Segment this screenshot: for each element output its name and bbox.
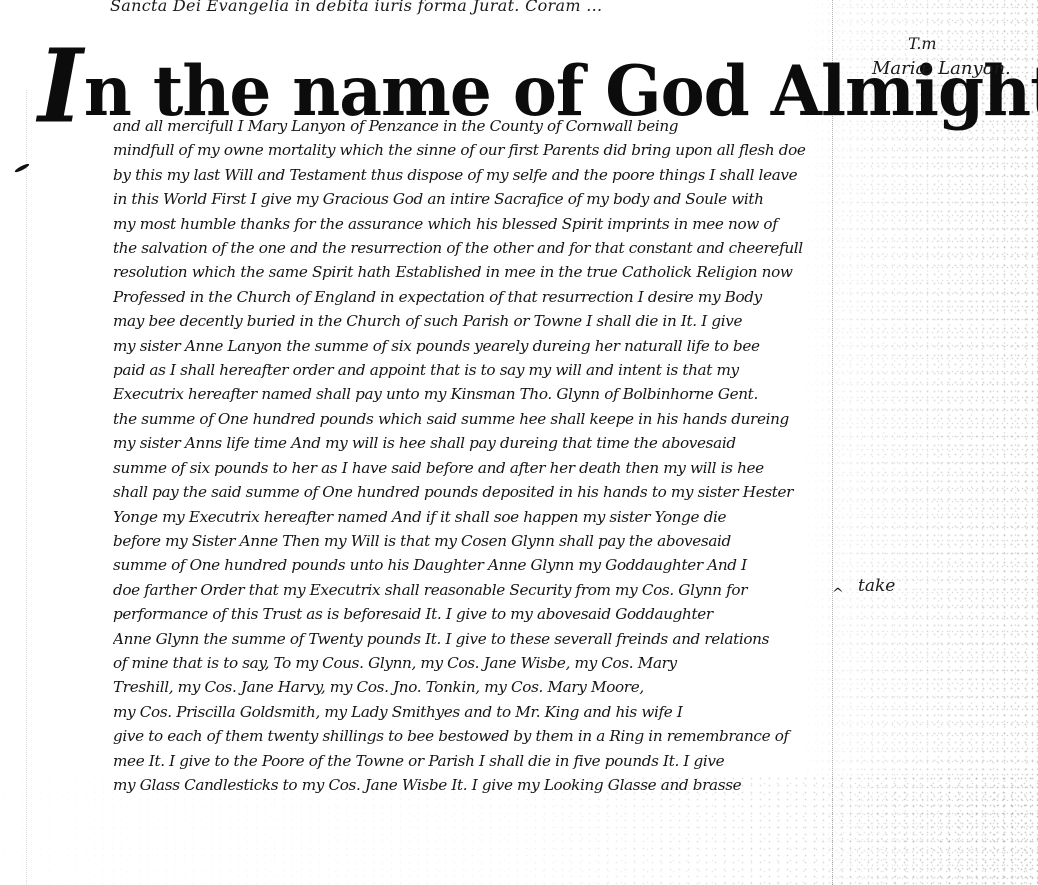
text-line: in this World First I give my Gracious G… xyxy=(113,187,833,211)
text-line: the salvation of the one and the resurre… xyxy=(113,236,833,260)
text-line: Yonge my Executrix hereafter named And i… xyxy=(113,505,833,529)
text-line: my Cos. Priscilla Goldsmith, my Lady Smi… xyxy=(113,700,833,724)
text-line: and all mercifull I Mary Lanyon of Penza… xyxy=(113,114,833,138)
margin-note-abbreviation: T.m xyxy=(908,34,937,53)
text-line: my sister Anne Lanyon the summe of six p… xyxy=(113,334,833,358)
text-line: shall pay the said summe of One hundred … xyxy=(113,480,833,504)
text-line: Professed in the Church of England in ex… xyxy=(113,285,833,309)
title-decorated-initial: I xyxy=(38,36,82,137)
manuscript-page: Sancta Dei Evangelia in debita iuris for… xyxy=(0,0,1038,885)
scan-noise-right xyxy=(798,0,1038,885)
margin-note-name: Mariæ Lanyon. xyxy=(872,58,1011,79)
text-line: my sister Anns life time And my will is … xyxy=(113,431,833,455)
ink-blot-mark xyxy=(14,162,30,173)
margin-note-testator: T.m Mariæ Lanyon. xyxy=(872,58,1011,79)
text-line: Anne Glynn the summe of Twenty pounds It… xyxy=(113,627,833,651)
text-line: the summe of One hundred pounds which sa… xyxy=(113,407,833,431)
text-line: my most humble thanks for the assurance … xyxy=(113,212,833,236)
text-line: Treshill, my Cos. Jane Harvy, my Cos. Jn… xyxy=(113,675,833,699)
margin-note-insertion: take xyxy=(858,576,895,596)
oath-header-line: Sancta Dei Evangelia in debita iuris for… xyxy=(110,0,602,15)
text-line: give to each of them twenty shillings to… xyxy=(113,724,833,748)
text-line: Executrix hereafter named shall pay unto… xyxy=(113,382,833,406)
text-line: mindfull of my owne mortality which the … xyxy=(113,138,833,162)
will-body-text: and all mercifull I Mary Lanyon of Penza… xyxy=(113,114,833,797)
text-line: my Glass Candlesticks to my Cos. Jane Wi… xyxy=(113,773,833,797)
text-line: summe of six pounds to her as I have sai… xyxy=(113,456,833,480)
text-line: before my Sister Anne Then my Will is th… xyxy=(113,529,833,553)
text-line: performance of this Trust as is beforesa… xyxy=(113,602,833,626)
text-line: of mine that is to say, To my Cous. Glyn… xyxy=(113,651,833,675)
text-line: paid as I shall hereafter order and appo… xyxy=(113,358,833,382)
text-line: summe of One hundred pounds unto his Dau… xyxy=(113,553,833,577)
text-line: resolution which the same Spirit hath Es… xyxy=(113,260,833,284)
text-line: by this my last Will and Testament thus … xyxy=(113,163,833,187)
text-line: may bee decently buried in the Church of… xyxy=(113,309,833,333)
text-line: doe farther Order that my Executrix shal… xyxy=(113,578,833,602)
text-line: mee It. I give to the Poore of the Towne… xyxy=(113,749,833,773)
page-edge-line xyxy=(26,90,27,885)
insertion-caret-mark: ^ xyxy=(832,586,844,602)
